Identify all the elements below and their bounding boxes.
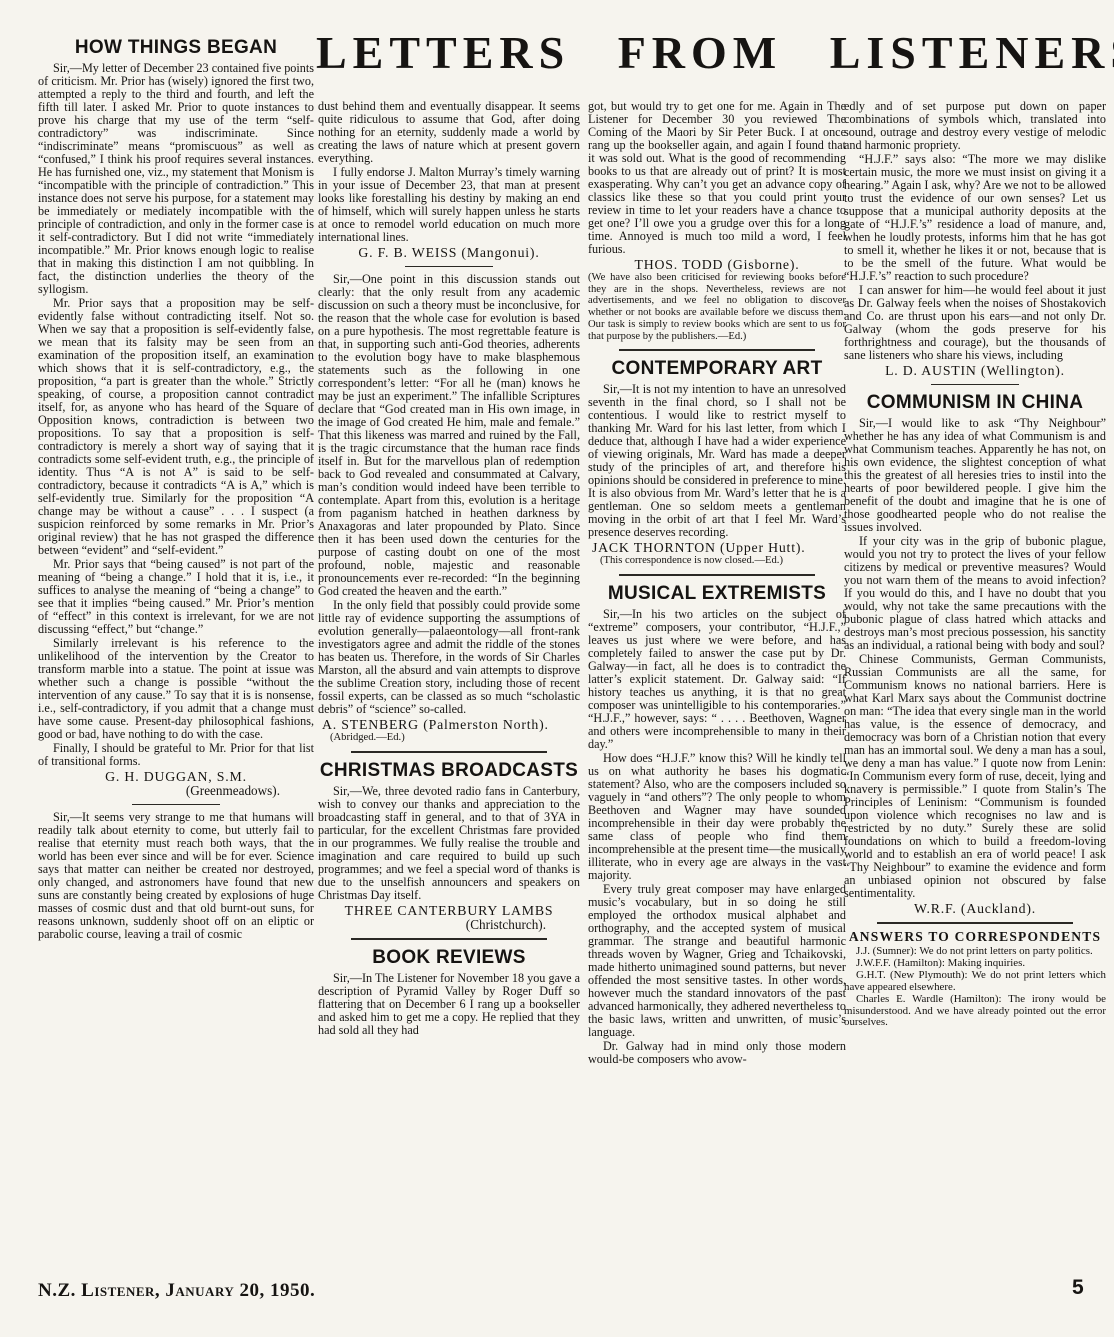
signature-thornton: JACK THORNTON (Upper Hutt). bbox=[588, 541, 846, 554]
paragraph: edly and of set purpose put down on pape… bbox=[844, 100, 1106, 152]
section-heading-book-reviews: BOOK REVIEWS bbox=[318, 947, 580, 968]
paragraph: If your city was in the grip of bubonic … bbox=[844, 535, 1106, 652]
signature-location: (Greenmeadows). bbox=[38, 784, 314, 797]
paragraph: I fully endorse J. Malton Murray’s timel… bbox=[318, 166, 580, 244]
signature-location: (Christchurch). bbox=[318, 918, 580, 931]
paragraph: got, but would try to get one for me. Ag… bbox=[588, 100, 846, 256]
paragraph: Every truly great composer may have enla… bbox=[588, 883, 846, 1039]
footer-issue-date: N.Z. Listener, January 20, 1950. bbox=[38, 1280, 315, 1302]
divider bbox=[877, 922, 1073, 924]
newspaper-page: LETTERS FROM LISTENERS HOW THINGS BEGAN … bbox=[0, 0, 1114, 1337]
signature-todd: THOS. TODD (Gisborne). bbox=[588, 258, 846, 271]
paragraph: Dr. Galway had in mind only those modern… bbox=[588, 1040, 846, 1066]
paragraph: Sir,—It is not my intention to have an u… bbox=[588, 383, 846, 539]
paragraph: Similarly irrelevant is his reference to… bbox=[38, 637, 314, 741]
paragraph: Sir,—One point in this discussion stands… bbox=[318, 273, 580, 598]
signature-duggan: G. H. DUGGAN, S.M. bbox=[38, 770, 314, 783]
divider bbox=[405, 266, 493, 267]
divider bbox=[931, 384, 1019, 385]
signature-canterbury-lambs: THREE CANTERBURY LAMBS bbox=[318, 904, 580, 917]
paragraph: In the only field that possibly could pr… bbox=[318, 599, 580, 716]
column-4: edly and of set purpose put down on pape… bbox=[844, 100, 1106, 1029]
section-heading-christmas-broadcasts: CHRISTMAS BROADCASTS bbox=[318, 760, 580, 781]
answers-list: J.J. (Sumner): We do not print letters o… bbox=[844, 946, 1106, 1029]
signature-austin: L. D. AUSTIN (Wellington). bbox=[844, 364, 1106, 377]
section-heading-musical-extremists: MUSICAL EXTREMISTS bbox=[588, 583, 846, 604]
signature-stenberg: A. STENBERG (Palmerston North). bbox=[318, 718, 580, 731]
masthead-title: LETTERS FROM LISTENERS bbox=[316, 26, 1106, 79]
editor-note: (We have also been criticised for review… bbox=[588, 272, 846, 342]
paragraph: “H.J.F.” says also: “The more we may dis… bbox=[844, 153, 1106, 283]
column-3: got, but would try to get one for me. Ag… bbox=[588, 100, 846, 1067]
paragraph: Sir,—My letter of December 23 contained … bbox=[38, 62, 314, 296]
divider bbox=[351, 938, 547, 940]
section-heading-contemporary-art: CONTEMPORARY ART bbox=[588, 358, 846, 379]
divider bbox=[619, 349, 815, 351]
paragraph: Sir,—We, three devoted radio fans in Can… bbox=[318, 785, 580, 902]
paragraph: Sir,—I would like to ask “Thy Neighbour”… bbox=[844, 417, 1106, 534]
paragraph: Finally, I should be grateful to Mr. Pri… bbox=[38, 742, 314, 768]
column-2: dust behind them and eventually disappea… bbox=[318, 100, 580, 1038]
paragraph: Mr. Prior says that “being caused” is no… bbox=[38, 558, 314, 636]
section-heading-how-things-began: HOW THINGS BEGAN bbox=[38, 37, 314, 58]
paragraph: Sir,—In The Listener for November 18 you… bbox=[318, 972, 580, 1037]
answer-item: Charles E. Wardle (Hamilton): The irony … bbox=[844, 994, 1106, 1030]
paragraph: How does “H.J.F.” know this? Will he kin… bbox=[588, 752, 846, 882]
answer-item: G.H.T. (New Plymouth): We do not print l… bbox=[844, 970, 1106, 994]
editor-note: (Abridged.—Ed.) bbox=[318, 732, 580, 744]
paragraph: Sir,—In his two articles on the subject … bbox=[588, 608, 846, 751]
section-heading-answers-to-correspondents: ANSWERS TO CORRESPONDENTS bbox=[844, 930, 1106, 943]
divider bbox=[351, 751, 547, 753]
paragraph: Chinese Communists, German Communists, R… bbox=[844, 653, 1106, 900]
divider bbox=[132, 804, 220, 805]
page-number: 5 bbox=[1072, 1276, 1084, 1300]
signature-weiss: G. F. B. WEISS (Mangonui). bbox=[318, 246, 580, 259]
paragraph: Mr. Prior says that a proposition may be… bbox=[38, 297, 314, 557]
section-heading-communism-in-china: COMMUNISM IN CHINA bbox=[844, 392, 1106, 413]
signature-wrf: W.R.F. (Auckland). bbox=[844, 902, 1106, 915]
divider bbox=[619, 574, 815, 576]
editor-note: (This correspondence is now closed.—Ed.) bbox=[588, 555, 846, 567]
paragraph: Sir,—It seems very strange to me that hu… bbox=[38, 811, 314, 941]
column-1: HOW THINGS BEGAN Sir,—My letter of Decem… bbox=[38, 30, 314, 942]
paragraph: dust behind them and eventually disappea… bbox=[318, 100, 580, 165]
paragraph: I can answer for him—he would feel about… bbox=[844, 284, 1106, 362]
